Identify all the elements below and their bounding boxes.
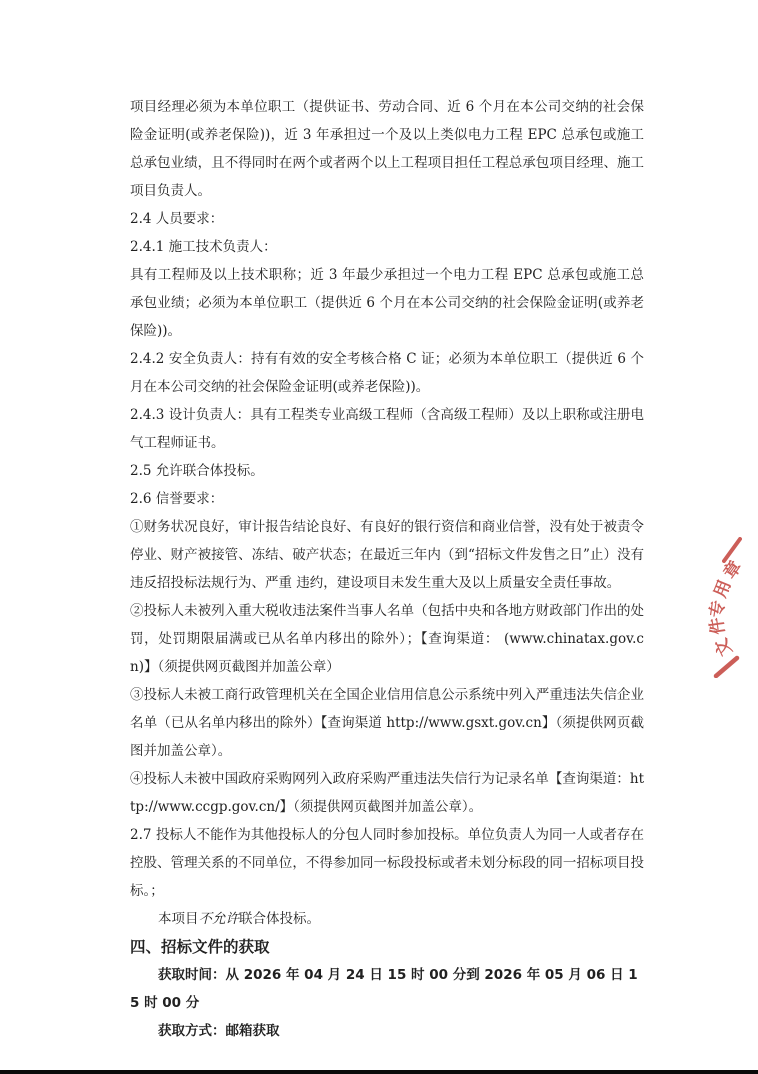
text-run: ④投标人未被中国政府采购网列入政府采购严重违法失信行为记录名单【查询渠道：htt…: [130, 771, 644, 815]
section-heading: 四、招标文件的获取: [130, 933, 644, 961]
paragraph: 项目经理必须为本单位职工（提供证书、劳动合同、近 6 个月在本公司交纳的社会保险…: [130, 93, 644, 205]
text-run: 2.7 投标人不能作为其他投标人的分包人同时参加投标。单位负责人为同一人或者存在…: [130, 827, 644, 899]
text-run: 具有工程师及以上技术职称；近 3 年最少承担过一个电力工程 EPC 总承包或施工…: [130, 267, 644, 339]
text-run: 2.4.1 施工技术负责人：: [130, 239, 277, 255]
text-run: 项目经理必须为本单位职工（提供证书、劳动合同、近 6 个月在本公司交纳的社会保险…: [130, 99, 644, 199]
paragraph: ②投标人未被列入重大税收违法案件当事人名单（包括中央和各地方财政部门作出的处罚，…: [130, 597, 644, 681]
paragraph: 2.4 人员要求：: [130, 205, 644, 233]
emphasized-text: 不允许: [199, 911, 240, 927]
text-run: 2.4 人员要求：: [130, 211, 223, 227]
text-run: ②投标人未被列入重大税收违法案件当事人名单（包括中央和各地方财政部门作出的处罚，…: [130, 603, 644, 675]
text-run: 本项目: [158, 911, 199, 927]
text-run: 联合体投标。: [239, 911, 320, 927]
paragraph: 2.4.3 设计负责人：具有工程类专业高级工程师（含高级工程师）及以上职称或注册…: [130, 401, 644, 457]
seal-rim-bottom-stroke: [716, 658, 737, 676]
paragraph: 2.7 投标人不能作为其他投标人的分包人同时参加投标。单位负责人为同一人或者存在…: [130, 821, 644, 905]
red-seal-stamp: 章 用 专 件 文: [696, 528, 758, 678]
paragraph: 具有工程师及以上技术职称；近 3 年最少承担过一个电力工程 EPC 总承包或施工…: [130, 261, 644, 345]
document-body: 项目经理必须为本单位职工（提供证书、劳动合同、近 6 个月在本公司交纳的社会保险…: [130, 93, 644, 1045]
paragraph: ③投标人未被工商行政管理机关在全国企业信用信息公示系统中列入严重违法失信企业名单…: [130, 681, 644, 765]
text-run: 2.6 信誉要求：: [130, 491, 223, 507]
seal-character: 用: [711, 577, 736, 600]
text-run: 获取方式：邮箱获取: [158, 1023, 280, 1039]
text-run: 2.4.3 设计负责人：具有工程类专业高级工程师（含高级工程师）及以上职称或注册…: [130, 407, 644, 451]
paragraph: 2.6 信誉要求：: [130, 485, 644, 513]
paragraph: 本项目不允许联合体投标。: [130, 905, 644, 933]
paragraph: 获取方式：邮箱获取: [130, 1017, 644, 1045]
page-bottom-edge: [0, 1070, 758, 1074]
seal-character: 专: [706, 599, 729, 619]
seal-character: 章: [719, 557, 746, 583]
paragraph: 获取时间：从 2026 年 04 月 24 日 15 时 00 分到 2026 …: [130, 961, 644, 1017]
document-page: 项目经理必须为本单位职工（提供证书、劳动合同、近 6 个月在本公司交纳的社会保险…: [0, 0, 758, 1074]
paragraph: ①财务状况良好，审计报告结论良好、有良好的银行资信和商业信誉，没有处于被责令停业…: [130, 513, 644, 597]
text-run: 四、招标文件的获取: [130, 938, 270, 956]
seal-rim-top-stroke: [724, 539, 740, 561]
paragraph: 2.4.2 安全负责人：持有有效的安全考核合格 C 证；必须为本单位职工（提供近…: [130, 345, 644, 401]
paragraph: 2.4.1 施工技术负责人：: [130, 233, 644, 261]
text-run: 2.5 允许联合体投标。: [130, 463, 264, 479]
seal-character: 件: [706, 616, 729, 636]
text-run: ①财务状况良好，审计报告结论良好、有良好的银行资信和商业信誉，没有处于被责令停业…: [130, 519, 644, 591]
seal-character: 文: [710, 635, 736, 659]
paragraph: ④投标人未被中国政府采购网列入政府采购严重违法失信行为记录名单【查询渠道：htt…: [130, 765, 644, 821]
text-run: ③投标人未被工商行政管理机关在全国企业信用信息公示系统中列入严重违法失信企业名单…: [130, 687, 644, 759]
paragraph: 2.5 允许联合体投标。: [130, 457, 644, 485]
text-run: 获取时间：从 2026 年 04 月 24 日 15 时 00 分到 2026 …: [130, 967, 638, 1011]
text-run: 2.4.2 安全负责人：持有有效的安全考核合格 C 证；必须为本单位职工（提供近…: [130, 351, 644, 395]
